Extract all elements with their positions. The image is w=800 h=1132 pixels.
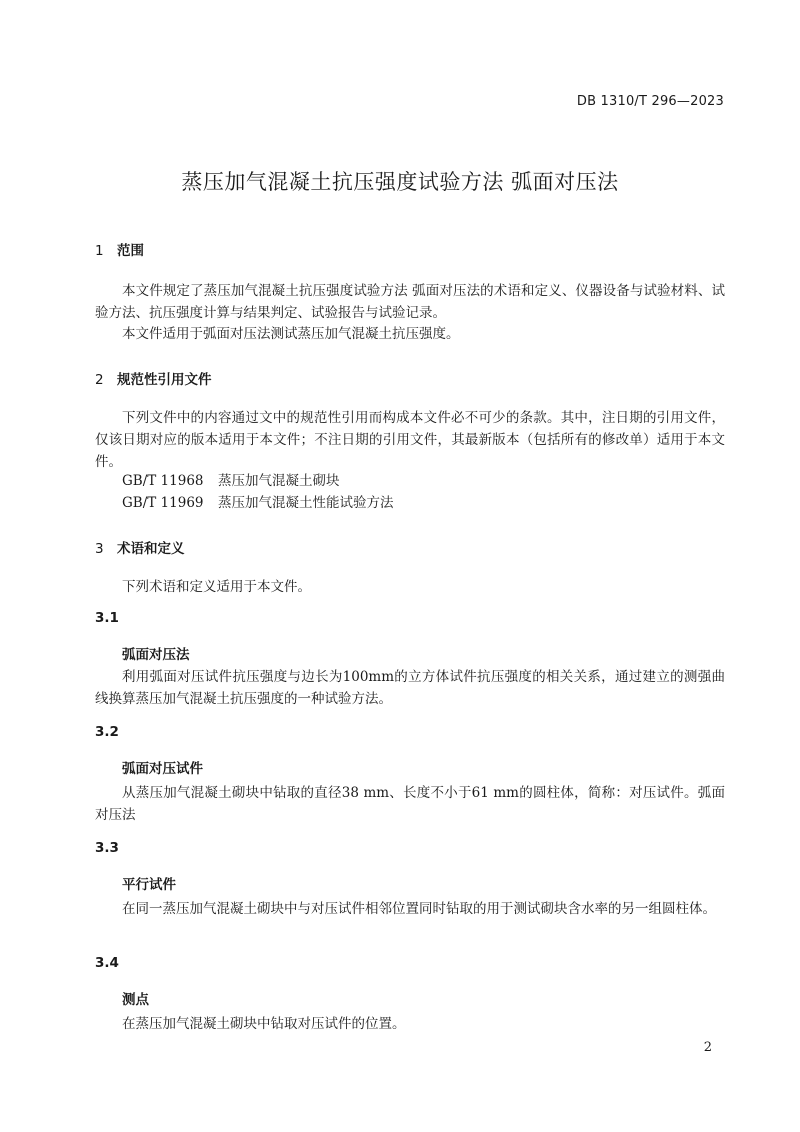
document-title: 蒸压加气混凝土抗压强度试验方法 弧面对压法 — [0, 166, 800, 196]
clause-number: 3.2 — [95, 724, 119, 740]
section-title: 规范性引用文件 — [117, 372, 212, 388]
term-title: 平行试件 — [122, 873, 176, 893]
clause-number: 3.1 — [95, 610, 119, 626]
reference-item: GB/T 11969蒸压加气混凝土性能试验方法 — [122, 492, 394, 514]
section-number: 1 — [95, 243, 117, 259]
section-number: 3 — [95, 541, 117, 557]
reference-item: GB/T 11968蒸压加气混凝土砌块 — [122, 470, 340, 492]
section-heading-normative-references: 2规范性引用文件 — [95, 368, 212, 388]
clause-number: 3.4 — [95, 955, 119, 971]
term-definition: 利用弧面对压试件抗压强度与边长为100mm的立方体试件抗压强度的相关关系，通过建… — [95, 666, 725, 710]
scope-paragraph-1: 本文件规定了蒸压加气混凝土抗压强度试验方法 弧面对压法的术语和定义、仪器设备与试… — [95, 280, 725, 324]
section-title: 范围 — [117, 243, 144, 259]
reference-title: 蒸压加气混凝土性能试验方法 — [218, 495, 394, 511]
term-definition: 在同一蒸压加气混凝土砌块中与对压试件相邻位置同时钻取的用于测试砌块含水率的另一组… — [95, 898, 725, 920]
reference-code: GB/T 11968 — [122, 470, 218, 492]
section-title: 术语和定义 — [117, 541, 185, 557]
standard-code: DB 1310/T 296—2023 — [577, 94, 724, 109]
page-number: 2 — [704, 1040, 712, 1055]
section-heading-scope: 1范围 — [95, 239, 144, 259]
term-title: 弧面对压法 — [122, 643, 190, 663]
terms-paragraph: 下列术语和定义适用于本文件。 — [95, 576, 725, 598]
scope-paragraph-2: 本文件适用于弧面对压法测试蒸压加气混凝土抗压强度。 — [95, 323, 725, 345]
term-definition: 从蒸压加气混凝土砌块中钻取的直径38 mm、长度不小于61 mm的圆柱体，简称：… — [95, 782, 725, 826]
term-title: 弧面对压试件 — [122, 757, 203, 777]
term-definition: 在蒸压加气混凝土砌块中钻取对压试件的位置。 — [95, 1013, 725, 1035]
reference-code: GB/T 11969 — [122, 492, 218, 514]
reference-title: 蒸压加气混凝土砌块 — [218, 473, 340, 489]
references-paragraph: 下列文件中的内容通过文中的规范性引用而构成本文件必不可少的条款。其中，注日期的引… — [95, 407, 725, 473]
section-heading-terms-and-definitions: 3术语和定义 — [95, 537, 185, 557]
section-number: 2 — [95, 372, 117, 388]
term-title: 测点 — [122, 988, 149, 1008]
clause-number: 3.3 — [95, 840, 119, 856]
